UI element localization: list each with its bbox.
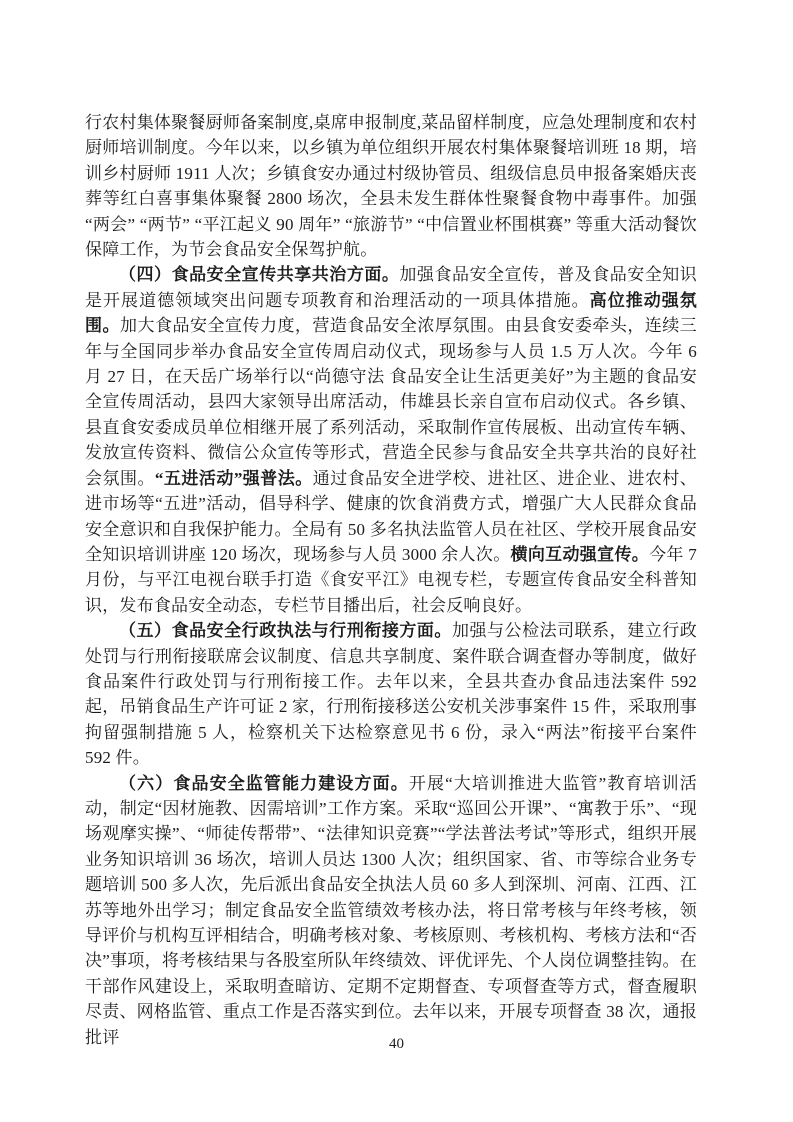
- emphasis-run: （五）食品安全行政执法与行刑衔接方面。: [119, 621, 452, 640]
- document-body: 行农村集体聚餐厨师备案制度,桌席申报制度,菜品留样制度，应急处理制度和农村厨师培…: [85, 110, 697, 1050]
- text-run: 开展“大培训推进大监管”教育培训活动，制定“因材施教、因需培训”工作方案。采取“…: [85, 774, 697, 1047]
- continuation-paragraph: 行农村集体聚餐厨师备案制度,桌席申报制度,菜品留样制度，应急处理制度和农村厨师培…: [85, 110, 697, 262]
- emphasis-run: （四）食品安全宣传共享共治方面。: [119, 265, 399, 284]
- emphasis-run: （六）食品安全监管能力建设方面。: [119, 774, 409, 793]
- section-4-paragraph: （四）食品安全宣传共享共治方面。加强食品安全宣传，普及食品安全知识是开展道德领域…: [85, 262, 697, 618]
- emphasis-run: “五进活动”强普法。: [155, 469, 313, 488]
- text-run: 加强与公检法司联系，建立行政处罚与行刑衔接联席会议制度、信息共享制度、案件联合调…: [85, 621, 697, 767]
- emphasis-run: 横向互动强宣传。: [511, 545, 650, 564]
- document-page: 行农村集体聚餐厨师备案制度,桌席申报制度,菜品留样制度，应急处理制度和农村厨师培…: [0, 0, 793, 1122]
- section-6-paragraph: （六）食品安全监管能力建设方面。开展“大培训推进大监管”教育培训活动，制定“因材…: [85, 771, 697, 1050]
- text-run: 行农村集体聚餐厨师备案制度,桌席申报制度,菜品留样制度，应急处理制度和农村厨师培…: [85, 113, 697, 259]
- section-5-paragraph: （五）食品安全行政执法与行刑衔接方面。加强与公检法司联系，建立行政处罚与行刑衔接…: [85, 618, 697, 770]
- text-run: 加大食品安全宣传力度，营造食品安全浓厚氛围。由县食安委牵头，连续三年与全国同步举…: [85, 316, 697, 487]
- page-number: 40: [0, 1036, 793, 1053]
